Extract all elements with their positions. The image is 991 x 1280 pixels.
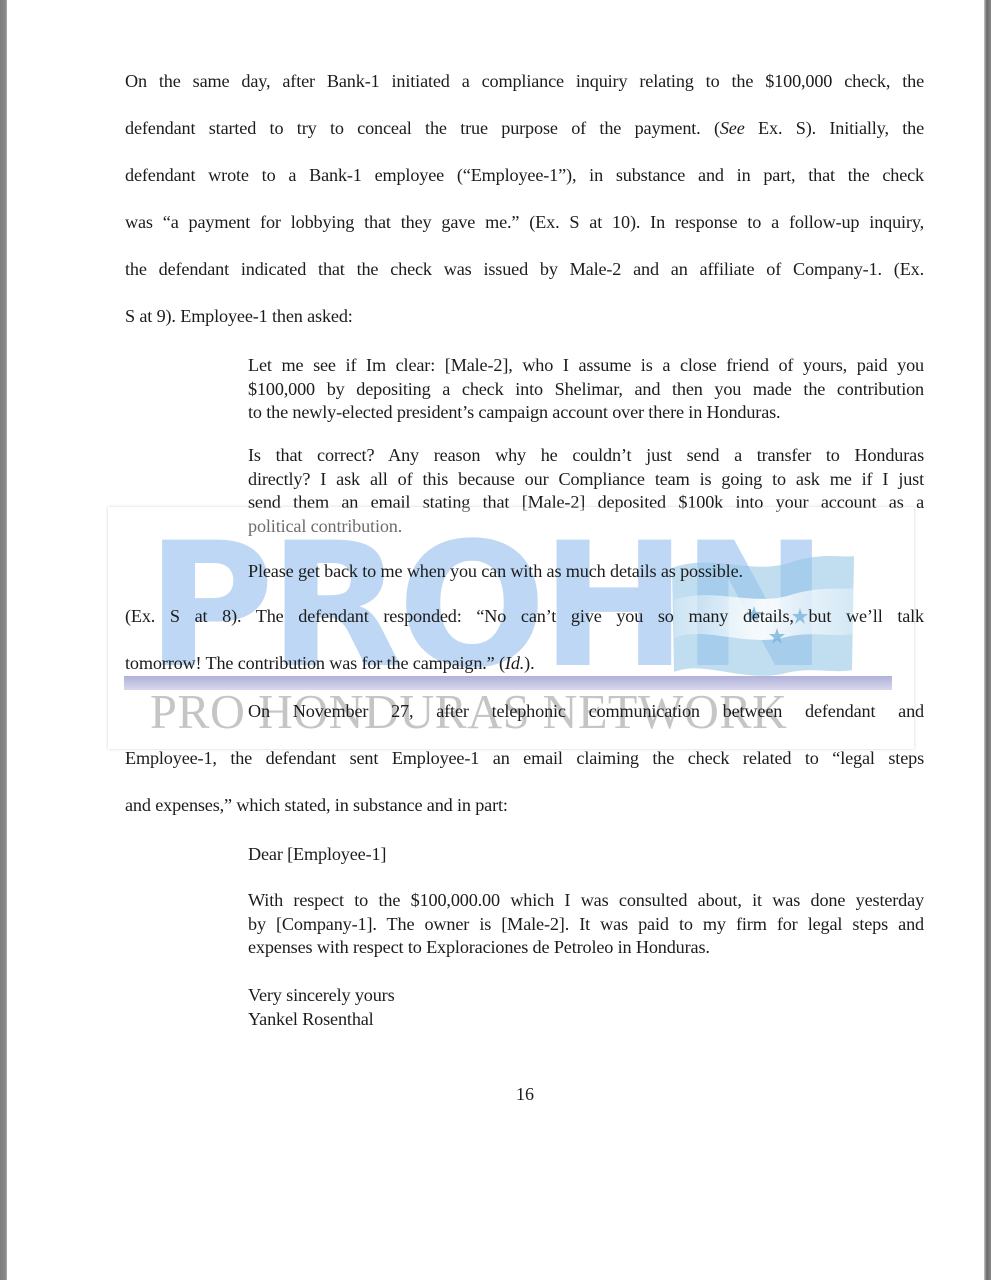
signature-line: Yankel Rosenthal: [248, 1008, 924, 1032]
quote-line: to the newly-elected president’s campaig…: [248, 401, 924, 425]
body-line: the defendant indicated that the check w…: [125, 259, 924, 280]
quote-line: Is that correct? Any reason why he could…: [248, 444, 924, 468]
body-line: defendant started to try to conceal the …: [125, 118, 924, 139]
body-line: was “a payment for lobbying that they ga…: [125, 212, 924, 233]
quote-line: $100,000 by depositing a check into Shel…: [248, 378, 924, 402]
letter-closing: Very sincerely yours Yankel Rosenthal: [248, 984, 924, 1031]
quote-line: Dear [Employee-1]: [248, 843, 924, 867]
quote-line: expenses with respect to Exploraciones d…: [248, 936, 924, 960]
body-line: defendant wrote to a Bank-1 employee (“E…: [125, 165, 924, 186]
document-page: On the same day, after Bank-1 initiated …: [0, 0, 991, 1280]
quote-line: directly? I ask all of this because our …: [248, 468, 924, 492]
closing-line: Very sincerely yours: [248, 984, 924, 1008]
body-line: On the same day, after Bank-1 initiated …: [125, 71, 924, 92]
quote-line: Let me see if Im clear: [Male-2], who I …: [248, 354, 924, 378]
block-quote-paragraph: Please get back to me when you can with …: [248, 560, 924, 584]
letter-body: With respect to the $100,000.00 which I …: [248, 889, 924, 960]
body-line: Employee-1, the defendant sent Employee-…: [125, 748, 924, 769]
body-line: and expenses,” which stated, in substanc…: [125, 795, 924, 816]
body-text: tomorrow! The contribution was for the c…: [125, 653, 505, 673]
page-number: 16: [0, 1084, 991, 1105]
body-line: (Ex. S at 8). The defendant responded: “…: [125, 606, 924, 627]
letter-salutation: Dear [Employee-1]: [248, 843, 924, 867]
body-text: ).: [524, 653, 534, 673]
quote-line: by [Company-1]. The owner is [Male-2]. I…: [248, 913, 924, 937]
body-text: Ex. S). Initially, the: [745, 118, 924, 138]
quote-line: With respect to the $100,000.00 which I …: [248, 889, 924, 913]
block-quote-paragraph: Let me see if Im clear: [Male-2], who I …: [248, 354, 924, 425]
quote-line: Please get back to me when you can with …: [248, 560, 924, 584]
body-line: tomorrow! The contribution was for the c…: [125, 653, 924, 674]
body-line: On November 27, after telephonic communi…: [248, 701, 924, 722]
body-line: S at 9). Employee-1 then asked:: [125, 306, 924, 327]
citation-signal: See: [720, 118, 745, 138]
citation-id: Id.: [505, 653, 524, 673]
body-text: defendant started to try to conceal the …: [125, 118, 720, 138]
